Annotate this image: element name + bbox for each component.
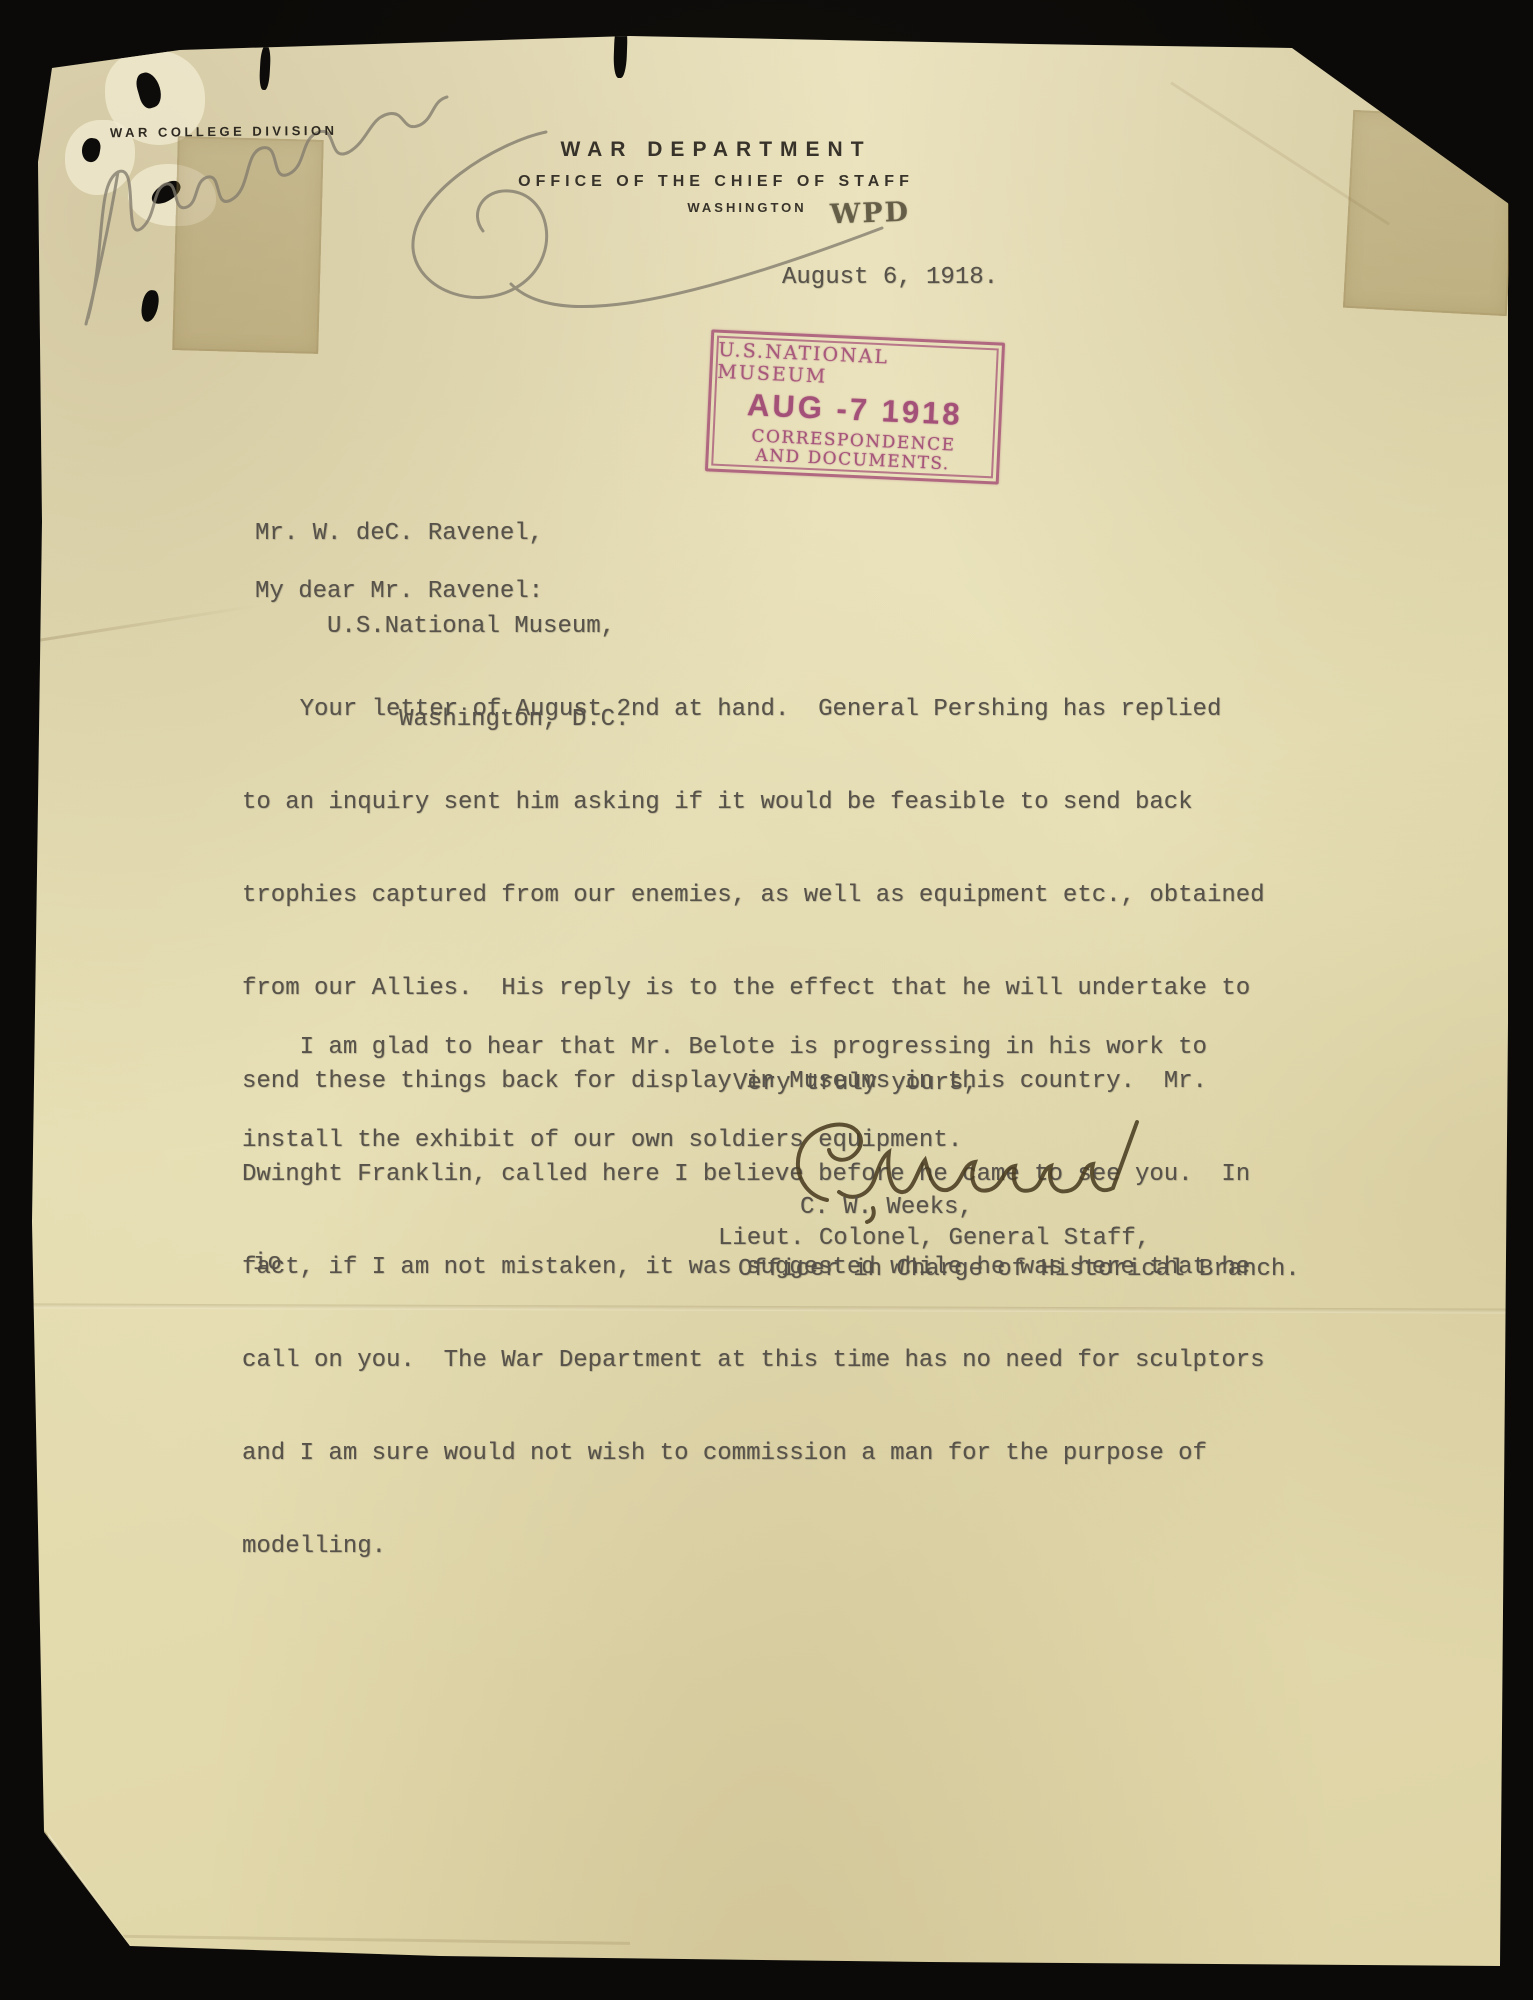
body-line: modelling. [242,1531,1265,1562]
body-line: I am glad to hear that Mr. Belote is pro… [242,1032,1207,1063]
body-line: to an inquiry sent him asking if it woul… [242,787,1265,818]
letterhead: WAR DEPARTMENT OFFICE OF THE CHIEF OF ST… [430,138,1002,215]
museum-received-stamp-inner: U.S.NATIONAL MUSEUM AUG -7 1918 CORRESPO… [711,336,999,479]
war-college-division-stamp: WAR COLLEGE DIVISION [110,123,338,140]
date-line: August 6, 1918. [782,262,998,293]
office-name: OFFICE OF THE CHIEF OF STAFF [430,173,1002,191]
ink-mark [613,22,628,78]
museum-received-stamp: U.S.NATIONAL MUSEUM AUG -7 1918 CORRESPO… [705,329,1005,484]
tear-hole [140,289,160,323]
body-line: and I am sure would not wish to commissi… [242,1438,1265,1469]
scan-background: WAR COLLEGE DIVISION WAR DEPARTMENT OFFI… [0,0,1533,2000]
wpd-stamp: WPD [829,197,910,231]
tape-patch-right [1343,110,1517,316]
department-name: WAR DEPARTMENT [430,138,1002,162]
body-line: trophies captured from our enemies, as w… [242,880,1265,911]
corner-fold-seam [42,1830,130,1949]
fold-crease-diagonal [31,604,259,643]
ink-mark [259,46,271,90]
bottom-crease [70,1934,630,1945]
address-line-1: Mr. W. deC. Ravenel, [255,518,629,549]
salutation: My dear Mr. Ravenel: [255,576,543,607]
body-line: call on you. The War Department at this … [242,1345,1265,1376]
city-name: WASHINGTON [492,200,1002,215]
officer-title-1: Lieut. Colonel, General Staff, [718,1223,1150,1254]
officer-title-2: Officer in Charge of Historical Branch. [738,1254,1300,1285]
corner-fold [38,1822,142,1964]
letter-page: WAR COLLEGE DIVISION WAR DEPARTMENT OFFI… [30,22,1508,1974]
tape-patch-left [172,136,324,354]
typist-initials: io [253,1248,282,1279]
valediction: Very truly yours, [733,1068,978,1099]
stamp-line-date: AUG -7 1918 [746,387,963,433]
body-line: Your letter of August 2nd at hand. Gener… [242,694,1265,725]
signed-name: C. W. Weeks, [800,1192,973,1223]
